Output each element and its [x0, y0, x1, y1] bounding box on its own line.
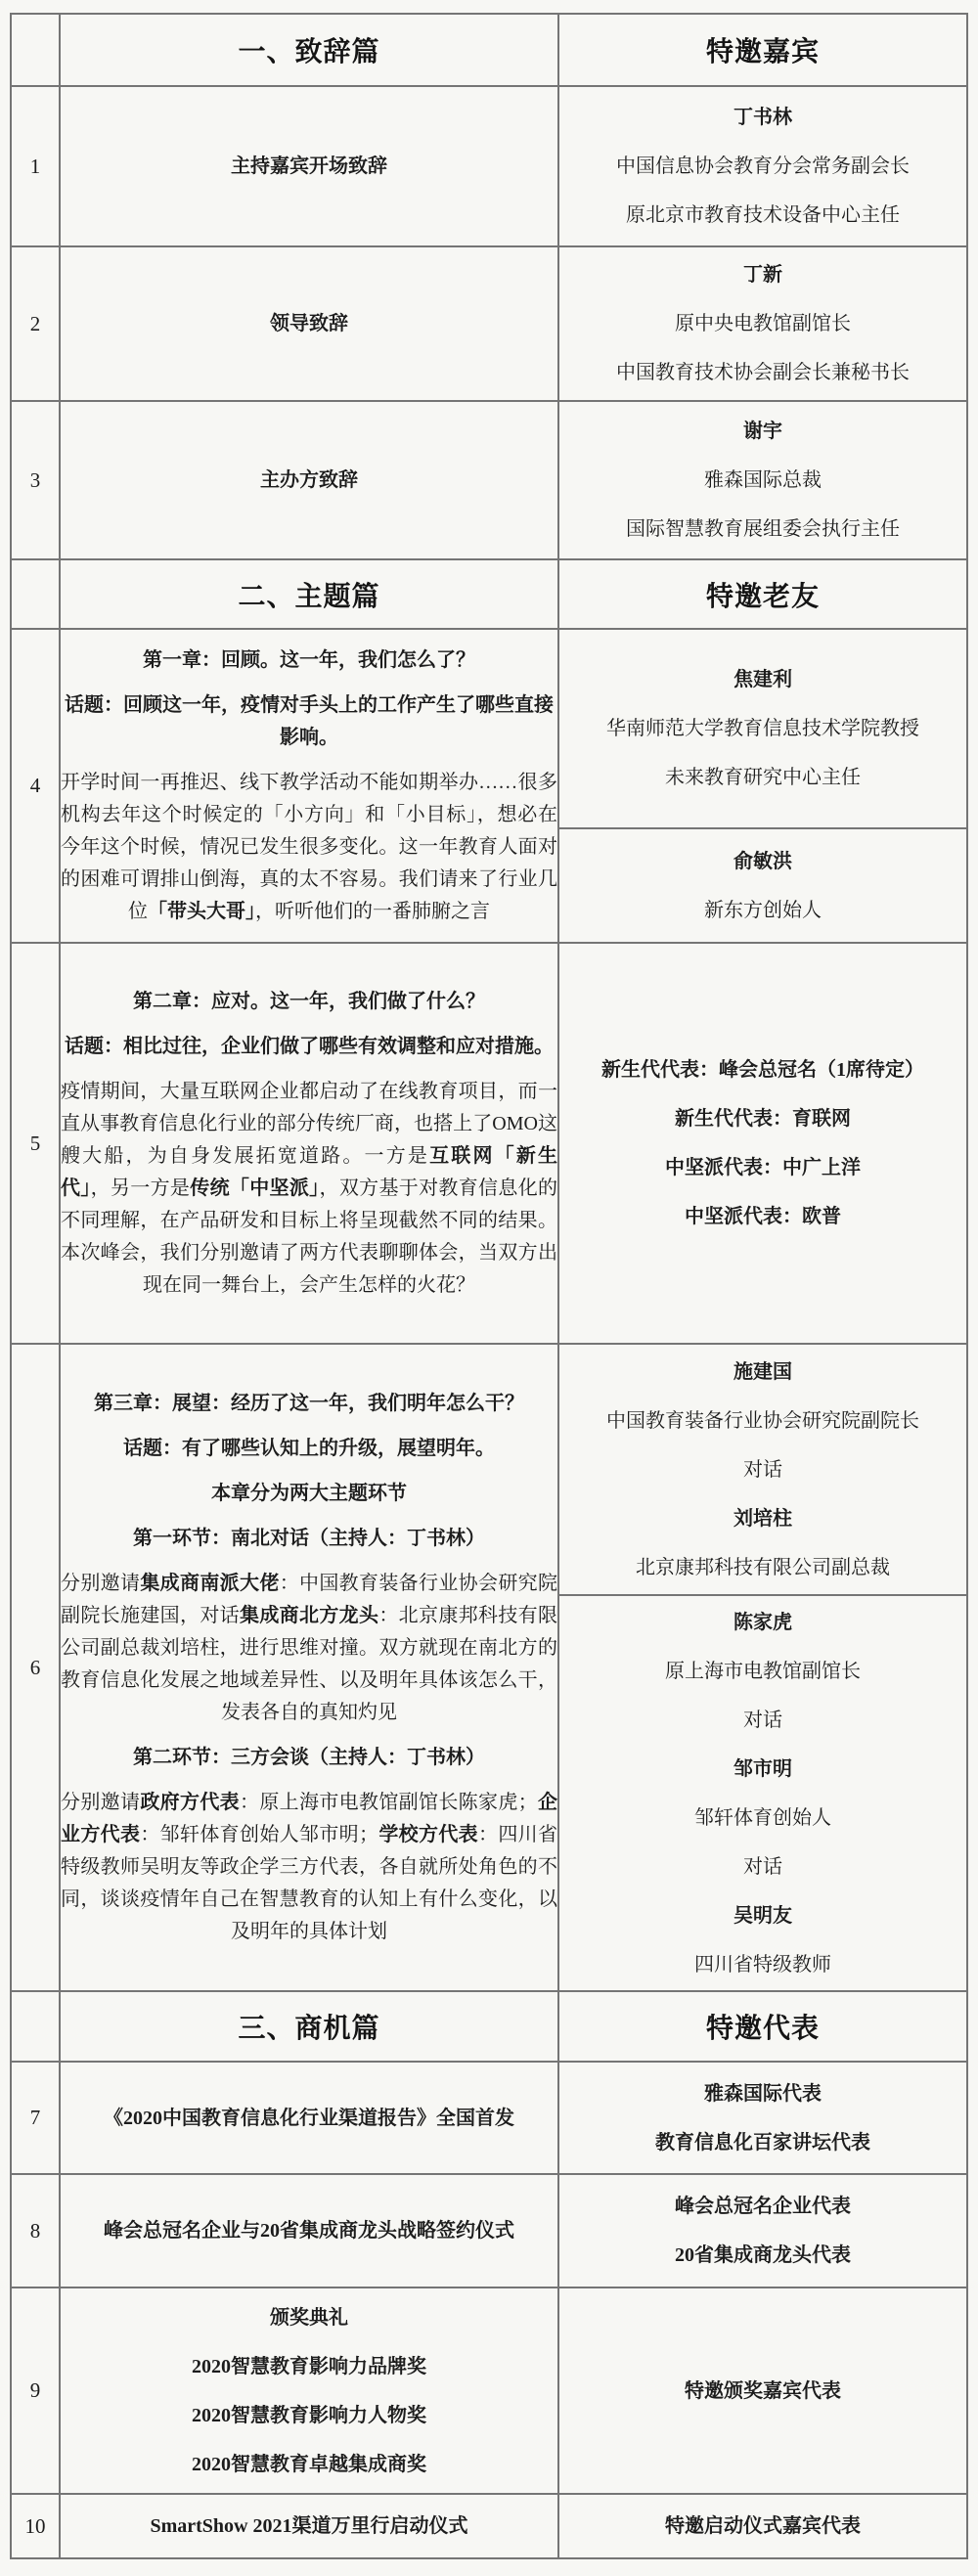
text-run: 学校方代表 [378, 1824, 478, 1845]
guest-column-header: 特邀老友 [558, 559, 967, 629]
session-cell: 领导致辞 [60, 246, 558, 401]
session-cell: 第二章：应对。这一年，我们做了什么？话题：相比过往，企业们做了哪些有效调整和应对… [60, 943, 558, 1344]
text-line: 特邀启动仪式嘉宾代表 [559, 2502, 966, 2551]
text-run: 传统「中坚派」 [190, 1177, 319, 1199]
text-line: 雅森国际代表 [559, 2069, 966, 2118]
text-line: 中国信息协会教育分会常务副会长 [559, 142, 966, 191]
guest-column-header: 特邀嘉宾 [558, 14, 967, 86]
guest-cell: 陈家虎原上海市电教馆副馆长对话邹市明邹轩体育创始人对话吴明友四川省特级教师 [558, 1595, 967, 1991]
row-number: 1 [11, 86, 60, 246]
row-number: 10 [11, 2494, 60, 2558]
text-run: 集成商北方龙头 [240, 1605, 378, 1626]
text-line: 四川省特级教师 [559, 1940, 966, 1989]
text-line: 新生代代表：峰会总冠名（1席待定） [559, 1045, 966, 1094]
text-line: 峰会总冠名企业代表 [559, 2182, 966, 2231]
text-line: 2020智慧教育卓越集成商奖 [61, 2440, 557, 2489]
guest-cell: 焦建利华南师范大学教育信息技术学院教授未来教育研究中心主任 [558, 629, 967, 828]
agenda-table-body: 一、致辞篇特邀嘉宾1主持嘉宾开场致辞丁书林中国信息协会教育分会常务副会长原北京市… [11, 14, 967, 2558]
text-line: 峰会总冠名企业与20省集成商龙头战略签约仪式 [61, 2206, 557, 2255]
agenda-row: 2领导致辞丁新原中央电教馆副馆长中国教育技术协会副会长兼秘书长 [11, 246, 967, 401]
text-line: 刘培柱 [559, 1494, 966, 1543]
text-line: 20省集成商龙头代表 [559, 2231, 966, 2280]
section-title: 三、商机篇 [60, 1991, 558, 2062]
session-paragraph: 分别邀请集成商南派大佬：中国教育装备行业协会研究院副院长施建国，对话集成商北方龙… [61, 1568, 557, 1729]
text-run: ，另一方是 [91, 1177, 191, 1199]
section-title: 二、主题篇 [60, 559, 558, 629]
text-line: 未来教育研究中心主任 [559, 753, 966, 802]
text-line: 邹轩体育创始人 [559, 1794, 966, 1843]
text-run: 第一环节：南北对话（主持人：丁书林） [133, 1528, 485, 1549]
text-run: 分别邀请 [61, 1573, 140, 1594]
guest-cell: 谢宇雅森国际总裁国际智慧教育展组委会执行主任 [558, 401, 967, 559]
session-heading: 本章分为两大主题环节 [61, 1478, 557, 1510]
text-line: 主办方致辞 [61, 456, 557, 505]
agenda-page: 一、致辞篇特邀嘉宾1主持嘉宾开场致辞丁书林中国信息协会教育分会常务副会长原北京市… [0, 0, 978, 2576]
row-number: 4 [11, 629, 60, 943]
text-run: ：原上海市电教馆副馆长陈家虎； [240, 1792, 538, 1813]
session-heading: 第三章：展望：经历了这一年，我们明年怎么干？ [61, 1388, 557, 1420]
text-line: 丁书林 [559, 93, 966, 142]
guest-cell: 雅森国际代表教育信息化百家讲坛代表 [558, 2062, 967, 2174]
text-run: 话题：有了哪些认知上的升级，展望明年。 [123, 1438, 495, 1459]
text-line: 颁奖典礼 [61, 2293, 557, 2342]
text-line: 焦建利 [559, 655, 966, 704]
session-paragraph: 分别邀请政府方代表：原上海市电教馆副馆长陈家虎；企业方代表：邹轩体育创始人邹市明… [61, 1787, 557, 1948]
agenda-row: 8峰会总冠名企业与20省集成商龙头战略签约仪式峰会总冠名企业代表20省集成商龙头… [11, 2174, 967, 2287]
session-cell: 主持嘉宾开场致辞 [60, 86, 558, 246]
text-run: 分别邀请 [61, 1792, 140, 1813]
text-line: 对话 [559, 1696, 966, 1745]
agenda-row: 3主办方致辞谢宇雅森国际总裁国际智慧教育展组委会执行主任 [11, 401, 967, 559]
text-line: 国际智慧教育展组委会执行主任 [559, 505, 966, 554]
text-line: 对话 [559, 1843, 966, 1891]
section-header-row: 一、致辞篇特邀嘉宾 [11, 14, 967, 86]
text-run: 第一章：回顾。这一年，我们怎么了？ [143, 649, 475, 671]
agenda-table: 一、致辞篇特邀嘉宾1主持嘉宾开场致辞丁书林中国信息协会教育分会常务副会长原北京市… [10, 13, 968, 2559]
agenda-row: 10SmartShow 2021渠道万里行启动仪式特邀启动仪式嘉宾代表 [11, 2494, 967, 2558]
guest-cell: 新生代代表：峰会总冠名（1席待定）新生代代表：育联网中坚派代表：中广上洋中坚派代… [558, 943, 967, 1344]
text-line: 中国教育装备行业协会研究院副院长 [559, 1397, 966, 1445]
text-line: 俞敏洪 [559, 837, 966, 886]
section-number-spacer [11, 14, 60, 86]
session-heading: 话题：回顾这一年，疫情对手头上的工作产生了哪些直接影响。 [61, 689, 557, 754]
row-number: 3 [11, 401, 60, 559]
session-cell: 峰会总冠名企业与20省集成商龙头战略签约仪式 [60, 2174, 558, 2287]
text-line: 2020智慧教育影响力品牌奖 [61, 2342, 557, 2391]
session-cell: 第一章：回顾。这一年，我们怎么了？话题：回顾这一年，疫情对手头上的工作产生了哪些… [60, 629, 558, 943]
text-line: 特邀颁奖嘉宾代表 [559, 2367, 966, 2416]
text-run: ，听听他们的一番肺腑之言 [255, 901, 490, 922]
text-line: 《2020中国教育信息化行业渠道报告》全国首发 [61, 2094, 557, 2143]
guest-column-header: 特邀代表 [558, 1991, 967, 2062]
text-line: 对话 [559, 1445, 966, 1494]
agenda-row: 5第二章：应对。这一年，我们做了什么？话题：相比过往，企业们做了哪些有效调整和应… [11, 943, 967, 1344]
text-line: 丁新 [559, 250, 966, 299]
text-run: 第二环节：三方会谈（主持人：丁书林） [133, 1747, 485, 1768]
section-header-row: 三、商机篇特邀代表 [11, 1991, 967, 2062]
text-line: 陈家虎 [559, 1598, 966, 1647]
text-run: 话题：回顾这一年，疫情对手头上的工作产生了哪些直接影响。 [65, 694, 554, 748]
text-line: 邹市明 [559, 1745, 966, 1794]
guest-cell: 特邀颁奖嘉宾代表 [558, 2287, 967, 2494]
agenda-row: 1主持嘉宾开场致辞丁书林中国信息协会教育分会常务副会长原北京市教育技术设备中心主… [11, 86, 967, 246]
text-line: 主持嘉宾开场致辞 [61, 142, 557, 191]
text-line: 华南师范大学教育信息技术学院教授 [559, 704, 966, 753]
text-line: 中坚派代表：欧普 [559, 1192, 966, 1241]
row-number: 7 [11, 2062, 60, 2174]
session-heading: 第一章：回顾。这一年，我们怎么了？ [61, 644, 557, 677]
section-header-row: 二、主题篇特邀老友 [11, 559, 967, 629]
guest-cell: 峰会总冠名企业代表20省集成商龙头代表 [558, 2174, 967, 2287]
session-heading: 第一环节：南北对话（主持人：丁书林） [61, 1523, 557, 1555]
row-number: 5 [11, 943, 60, 1344]
text-line: 原上海市电教馆副馆长 [559, 1647, 966, 1696]
session-heading: 第二环节：三方会谈（主持人：丁书林） [61, 1742, 557, 1774]
text-run: 集成商南派大佬 [140, 1573, 279, 1594]
session-heading: 话题：有了哪些认知上的升级，展望明年。 [61, 1433, 557, 1465]
text-line: 雅森国际总裁 [559, 456, 966, 505]
session-heading: 第二章：应对。这一年，我们做了什么？ [61, 986, 557, 1018]
text-line: 新东方创始人 [559, 886, 966, 935]
agenda-row: 4第一章：回顾。这一年，我们怎么了？话题：回顾这一年，疫情对手头上的工作产生了哪… [11, 629, 967, 828]
agenda-row: 6第三章：展望：经历了这一年，我们明年怎么干？话题：有了哪些认知上的升级，展望明… [11, 1344, 967, 1595]
guest-cell: 施建国中国教育装备行业协会研究院副院长对话刘培柱北京康邦科技有限公司副总裁 [558, 1344, 967, 1595]
text-line: 施建国 [559, 1348, 966, 1397]
session-cell: SmartShow 2021渠道万里行启动仪式 [60, 2494, 558, 2558]
text-line: 吴明友 [559, 1891, 966, 1940]
text-line: SmartShow 2021渠道万里行启动仪式 [61, 2502, 557, 2551]
text-run: 话题：相比过往，企业们做了哪些有效调整和应对措施。 [65, 1036, 554, 1057]
guest-cell: 丁新原中央电教馆副馆长中国教育技术协会副会长兼秘书长 [558, 246, 967, 401]
text-line: 北京康邦科技有限公司副总裁 [559, 1543, 966, 1592]
session-paragraph: 开学时间一再推迟、线下教学活动不能如期举办……很多机构去年这个时候定的「小方向」… [61, 767, 557, 928]
row-number: 9 [11, 2287, 60, 2494]
text-run: 政府方代表 [140, 1792, 240, 1813]
text-run: 第三章：展望：经历了这一年，我们明年怎么干？ [94, 1393, 524, 1414]
text-run: 开学时间一再推迟、线下教学活动不能如期举办……很多机构去年这个时候定的「小方向」… [61, 772, 557, 922]
text-line: 新生代代表：育联网 [559, 1094, 966, 1143]
row-number: 6 [11, 1344, 60, 1991]
text-line: 原中央电教馆副馆长 [559, 299, 966, 348]
row-number: 2 [11, 246, 60, 401]
session-heading: 话题：相比过往，企业们做了哪些有效调整和应对措施。 [61, 1031, 557, 1063]
section-title: 一、致辞篇 [60, 14, 558, 86]
text-line: 谢宇 [559, 407, 966, 456]
session-cell: 第三章：展望：经历了这一年，我们明年怎么干？话题：有了哪些认知上的升级，展望明年… [60, 1344, 558, 1991]
text-run: 「带头大哥」 [148, 901, 255, 922]
text-line: 2020智慧教育影响力人物奖 [61, 2391, 557, 2440]
section-number-spacer [11, 1991, 60, 2062]
section-number-spacer [11, 559, 60, 629]
guest-cell: 俞敏洪新东方创始人 [558, 828, 967, 943]
session-cell: 主办方致辞 [60, 401, 558, 559]
session-paragraph: 疫情期间，大量互联网企业都启动了在线教育项目，而一直从事教育信息化行业的部分传统… [61, 1076, 557, 1302]
text-run: ：邹轩体育创始人邹市明； [140, 1824, 378, 1845]
text-run: 第二章：应对。这一年，我们做了什么？ [133, 991, 485, 1012]
text-line: 中坚派代表：中广上洋 [559, 1143, 966, 1192]
guest-cell: 特邀启动仪式嘉宾代表 [558, 2494, 967, 2558]
text-line: 教育信息化百家讲坛代表 [559, 2118, 966, 2167]
guest-cell: 丁书林中国信息协会教育分会常务副会长原北京市教育技术设备中心主任 [558, 86, 967, 246]
text-line: 原北京市教育技术设备中心主任 [559, 191, 966, 240]
session-cell: 颁奖典礼2020智慧教育影响力品牌奖2020智慧教育影响力人物奖2020智慧教育… [60, 2287, 558, 2494]
session-cell: 《2020中国教育信息化行业渠道报告》全国首发 [60, 2062, 558, 2174]
row-number: 8 [11, 2174, 60, 2287]
agenda-row: 9颁奖典礼2020智慧教育影响力品牌奖2020智慧教育影响力人物奖2020智慧教… [11, 2287, 967, 2494]
text-run: 本章分为两大主题环节 [211, 1483, 407, 1504]
text-line: 中国教育技术协会副会长兼秘书长 [559, 348, 966, 397]
agenda-row: 7《2020中国教育信息化行业渠道报告》全国首发雅森国际代表教育信息化百家讲坛代… [11, 2062, 967, 2174]
text-line: 领导致辞 [61, 299, 557, 348]
